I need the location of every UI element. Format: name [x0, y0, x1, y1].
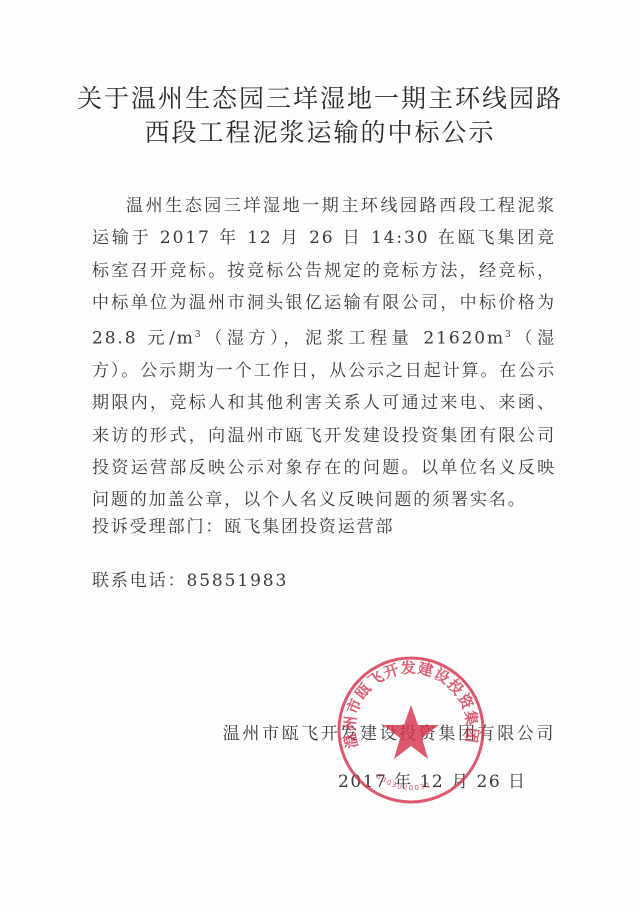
body-text-part-2: （湿方），泥浆工程量 21620m — [202, 329, 505, 349]
contact-phone: 联系电话：85851983 — [92, 566, 288, 591]
complaint-department: 投诉受理部门：瓯飞集团投资运营部 — [92, 512, 394, 537]
body-text-part-3: （湿方）。公示期为一个工作日，从公示之日起计算。在公示期限内，竞标人和其他利害关… — [92, 329, 556, 510]
seal-code: 3303020031 — [375, 772, 433, 792]
official-seal-icon: 温州市瓯飞开发建设投资集团有限公司 3303020031 — [336, 655, 486, 805]
document-title-line-2: 西段工程泥浆运输的中标公示 — [0, 113, 640, 149]
svg-text:3303020031: 3303020031 — [375, 772, 433, 792]
body-text-part-1: 温州生态园三垟湿地一期主环线园路西段工程泥浆运输于 2017 年 12 月 26… — [92, 196, 556, 349]
star-icon — [383, 705, 439, 759]
document-title-line-1: 关于温州生态园三垟湿地一期主环线园路 — [0, 79, 640, 115]
document-body: 温州生态园三垟湿地一期主环线园路西段工程泥浆运输于 2017 年 12 月 26… — [92, 190, 556, 517]
body-paragraph: 温州生态园三垟湿地一期主环线园路西段工程泥浆运输于 2017 年 12 月 26… — [92, 190, 556, 517]
superscript-cubic: 3 — [505, 330, 513, 340]
